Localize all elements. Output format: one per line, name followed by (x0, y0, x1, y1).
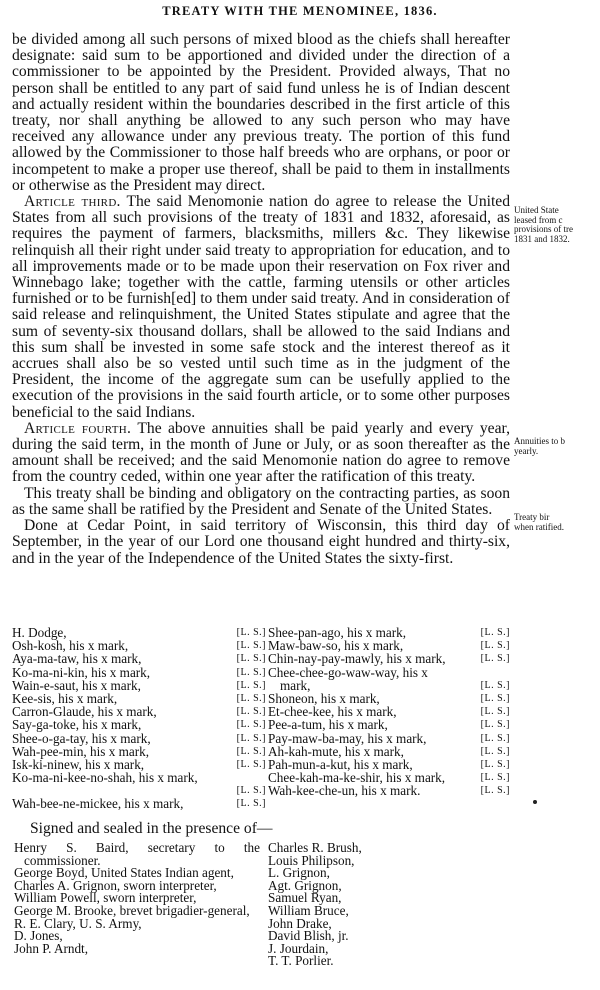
signatory: Chee-chee-go-waw-way, his x (268, 666, 510, 679)
signatory: Say-ga-toke, his x mark,[L. S.] (12, 718, 266, 731)
signatory: Wah-bee-ne-mickee, his x mark,[L. S.] (12, 797, 266, 810)
article-fourth: Article fourth. The above annuities shal… (12, 421, 510, 486)
signatory: Ah-kah-mute, his x mark,[L. S.] (268, 745, 510, 758)
done-at-paragraph: Done at Cedar Point, in said territory o… (12, 518, 510, 567)
signatory: Chin-nay-pay-mawly, his x mark,[L. S.] (268, 652, 510, 665)
signatory-continuation: mark,[L. S.] (268, 679, 510, 692)
margin-note-release: United State leased from c provisions of… (514, 206, 600, 244)
signatory: Pee-a-tum, his x mark,[L. S.] (268, 718, 510, 731)
witness: T. T. Porlier. (268, 955, 468, 968)
paragraph-1: be divided among all such persons of mix… (12, 32, 510, 194)
signatory: Wah-kee-che-un, his x mark.[L. S.] (268, 784, 510, 797)
witness: Henry S. Baird, secretary to the commiss… (14, 842, 260, 867)
signatory: Pay-maw-ba-may, his x mark,[L. S.] (268, 732, 510, 745)
article-fourth-heading: Article fourth. (24, 420, 131, 437)
signatory: Ko-ma-ni-kee-no-shah, his x mark, (12, 771, 266, 784)
witness: John P. Arndt, (14, 943, 260, 956)
witness-heading: Signed and sealed in the presence of— (30, 820, 273, 838)
witnesses-left: Henry S. Baird, secretary to the commiss… (14, 842, 260, 955)
article-third: Article third. The said Menomonie nation… (12, 194, 510, 421)
signatory: Ko-ma-ni-kin, his x mark,[L. S.] (12, 666, 266, 679)
page-header: TREATY WITH THE MENOMINEE, 1836. (0, 4, 600, 19)
margin-note-treaty-binding: Treaty bir when ratified. (514, 513, 600, 532)
signatory: Wah-pee-min, his x mark,[L. S.] (12, 745, 266, 758)
signatory: Shee-o-ga-tay, his x mark,[L. S.] (12, 732, 266, 745)
signatories-right: Shee-pan-ago, his x mark,[L. S.] Maw-baw… (268, 626, 510, 797)
witnesses-right: Charles R. Brush, Louis Philipson, L. Gr… (268, 842, 468, 968)
margin-note-annuities: Annuities to b yearly. (514, 437, 600, 456)
ratification-paragraph: This treaty shall be binding and obligat… (12, 486, 510, 518)
signatory: Wain-e-saut, his x mark,[L. S.] (12, 679, 266, 692)
signatories-left: H. Dodge,[L. S.] Osh-kosh, his x mark,[L… (12, 626, 266, 811)
treaty-body: be divided among all such persons of mix… (12, 32, 510, 567)
ink-dot (533, 800, 537, 804)
article-third-heading: Article third. (24, 193, 121, 210)
signatory: Aya-ma-taw, his x mark,[L. S.] (12, 652, 266, 665)
